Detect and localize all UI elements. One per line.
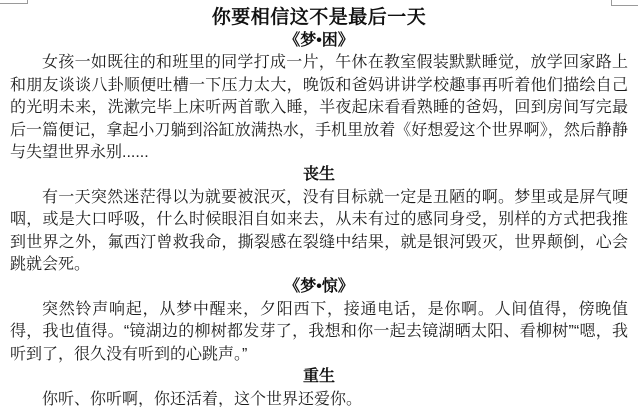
paragraph-dream-sleepy: 女孩一如既往的和班里的同学打成一片，午休在教室假装默默睡觉，放学回家路上和朋友谈… bbox=[10, 52, 628, 164]
page-title: 你要相信这不是最后一天 bbox=[10, 5, 628, 30]
section-heading-dream-startled: 《梦•惊》 bbox=[10, 276, 628, 298]
section-heading-rebirth: 重生 bbox=[10, 366, 628, 388]
paragraph-losing-life: 有一天突然迷茫得以为就要被泯灭，没有目标就一定是丑陋的啊。梦里或是屏气哽咽，或是… bbox=[10, 187, 628, 277]
paragraph-dream-startled: 突然铃声响起，从梦中醒来，夕阳西下，接通电话，是你啊。人间值得，傍晚值得，我也值… bbox=[10, 299, 628, 366]
section-heading-dream-sleepy: 《梦•困》 bbox=[10, 30, 628, 52]
document-page: 你要相信这不是最后一天 《梦•困》 女孩一如既往的和班里的同学打成一片，午休在教… bbox=[0, 0, 638, 407]
paragraph-rebirth: 你听、你听啊，你还活着，这个世界还爱你。 bbox=[10, 389, 628, 407]
section-heading-losing-life: 丧生 bbox=[10, 164, 628, 186]
